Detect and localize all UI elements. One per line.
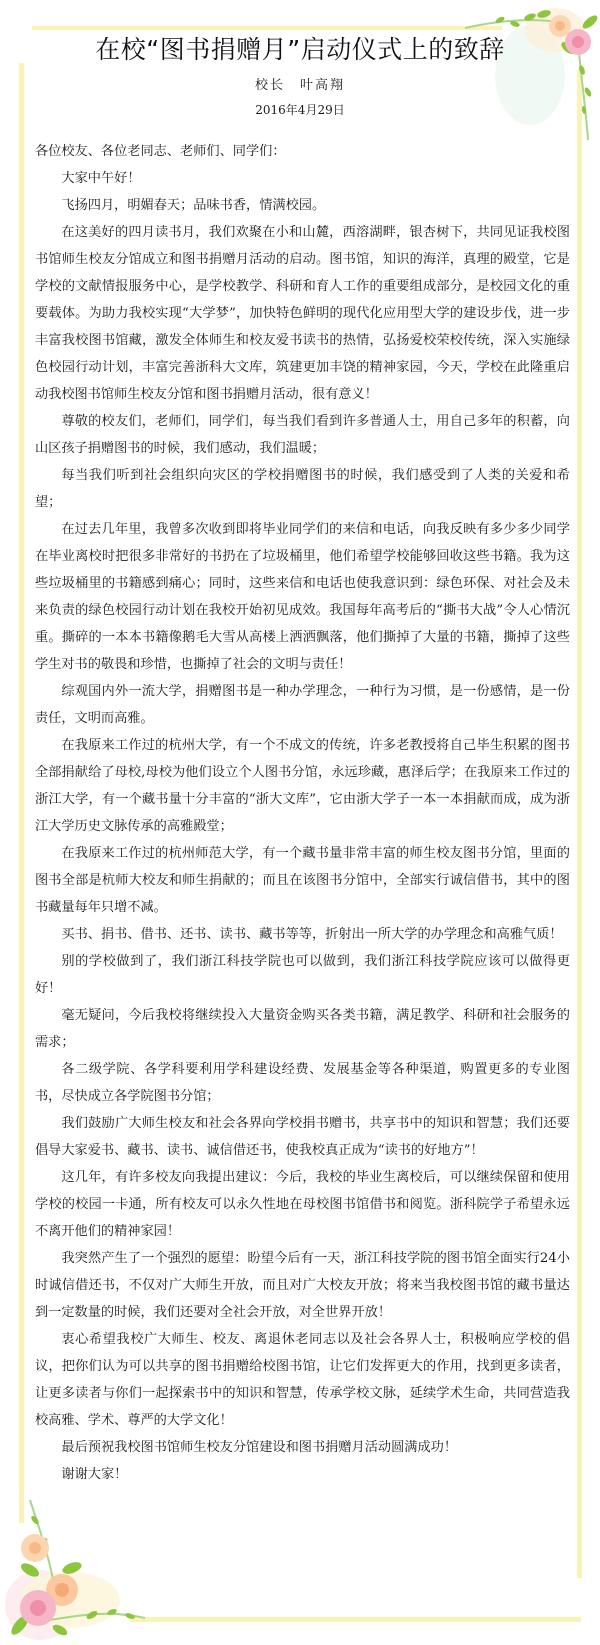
paragraph: 在我原来工作过的杭州师范大学，有一个藏书量非常丰富的师生校友图书分馆，里面的图书… xyxy=(35,840,570,921)
flower-bouquet-icon xyxy=(0,1490,150,1645)
paragraph: 买书、捐书、借书、还书、读书、藏书等等，折射出一所大学的办学理念和高雅气质！ xyxy=(35,921,570,948)
paragraph: 各二级学院、各学科要利用学科建设经费、发展基金等各种渠道，购置更多的专业图书，尽… xyxy=(35,1056,570,1110)
author-line: 校长 叶高翔 xyxy=(0,76,600,96)
paragraph: 飞扬四月，明媚春天；品味书香，情满校园。 xyxy=(35,192,570,219)
paragraph: 尊敬的校友们，老师们，同学们，每当我们看到许多普通人士，用自己多年的积蓄，向山区… xyxy=(35,408,570,462)
paragraph: 毫无疑问，今后我校将继续投入大量资金购买各类书籍，满足教学、科研和社会服务的需求… xyxy=(35,1002,570,1056)
paragraph: 在我原来工作过的杭州大学，有一个不成文的传统，许多老教授将自己毕生积累的图书全部… xyxy=(35,732,570,840)
paragraph: 综观国内外一流大学，捐赠图书是一种办学理念，一种行为习惯，是一份感情，是一份责任… xyxy=(35,678,570,732)
frame-border-right xyxy=(577,70,582,1578)
frame-border-bottom xyxy=(130,1617,581,1622)
paragraph: 最后预祝我校图书馆师生校友分馆建设和图书捐赠月活动圆满成功！ xyxy=(35,1434,570,1461)
frame-border-left xyxy=(19,63,24,1523)
page-title: 在校“图书捐赠月”启动仪式上的致辞 xyxy=(0,30,600,70)
paragraph: 我突然产生了一个强烈的愿望：盼望今后有一天，浙江科技学院的图书馆全面实行24小时… xyxy=(35,1245,570,1326)
paragraph: 别的学校做到了，我们浙江科技学院也可以做到，我们浙江科技学院应该可以做得更好！ xyxy=(35,948,570,1002)
paragraph: 在过去几年里，我曾多次收到即将毕业同学们的来信和电话，向我反映有多少多少同学在毕… xyxy=(35,516,570,678)
paragraph: 这几年，有许多校友向我提出建议：今后，我校的毕业生离校后，可以继续保留和使用学校… xyxy=(35,1164,570,1245)
paragraph: 我们鼓励广大师生校友和社会各界向学校捐书赠书，共享书中的知识和智慧；我们还要倡导… xyxy=(35,1110,570,1164)
paragraph: 衷心希望我校广大师生、校友、离退休老同志以及社会各界人士，积极响应学校的倡议，把… xyxy=(35,1326,570,1434)
paragraph: 大家中午好！ xyxy=(35,165,570,192)
paragraph: 每当我们听到社会组织向灾区的学校捐赠图书的时候，我们感受到了人类的关爱和希望； xyxy=(35,462,570,516)
date-line: 2016年4月29日 xyxy=(0,100,600,120)
speech-body: 各位校友、各位老同志、老师们、同学们： 大家中午好！ 飞扬四月，明媚春天；品味书… xyxy=(35,138,570,1488)
document-header: 在校“图书捐赠月”启动仪式上的致辞 校长 叶高翔 2016年4月29日 xyxy=(0,30,600,120)
paragraph: 谢谢大家！ xyxy=(35,1461,570,1488)
paragraph: 在这美好的四月读书月，我们欢聚在小和山麓，西溶湖畔，银杏树下，共同见证我校图书馆… xyxy=(35,219,570,408)
salutation: 各位校友、各位老同志、老师们、同学们： xyxy=(35,138,570,165)
